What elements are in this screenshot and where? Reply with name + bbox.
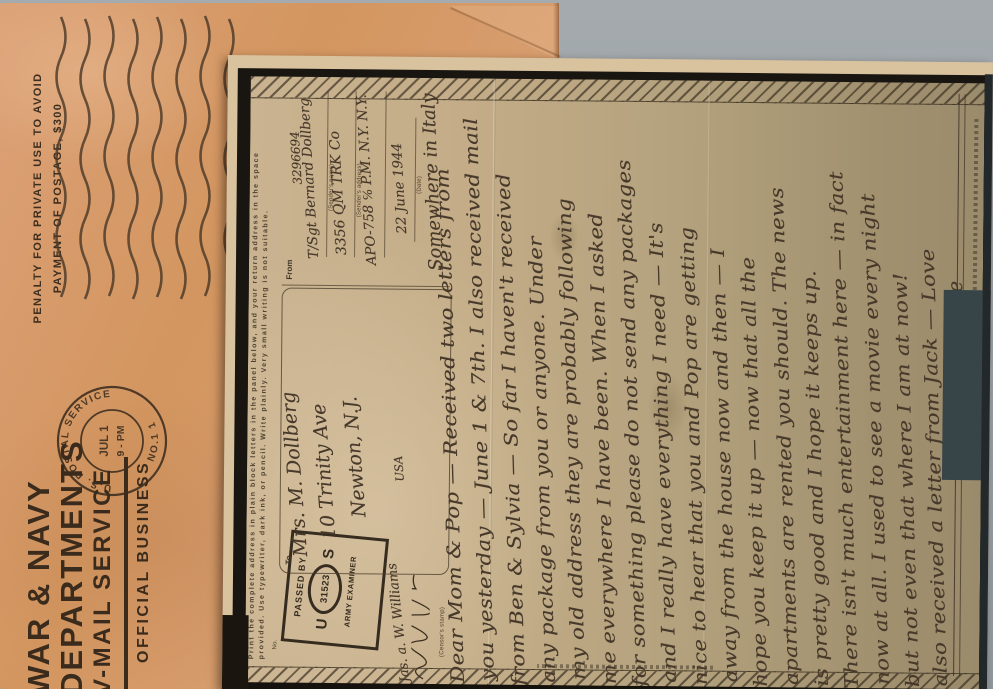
official-business-label: OFFICIAL BUSINESS bbox=[135, 375, 153, 663]
from-label: From bbox=[285, 260, 294, 280]
recipient-country: USA bbox=[391, 455, 407, 482]
dept-line-vmail-service: V-MAIL SERVICE bbox=[88, 375, 117, 689]
recipient-name: Mrs. M. Dollberg bbox=[277, 391, 312, 558]
recipient-street: 10 Trinity Ave bbox=[308, 403, 340, 540]
franking-rule bbox=[124, 457, 128, 689]
censor-signature-scribble bbox=[411, 571, 430, 681]
cancellation-wavy-lines bbox=[53, 13, 243, 348]
message-line: from Ben & Sylvia — So far I haven't rec… bbox=[493, 173, 530, 686]
photo-corner-shadow bbox=[222, 615, 249, 689]
vmail-form: Print the complete address in plain bloc… bbox=[245, 76, 985, 689]
message-line: is pretty good and I hope it keeps up. bbox=[799, 270, 833, 687]
message-line: now at all. I used to see a movie every … bbox=[858, 193, 894, 685]
no-field-label: No. bbox=[272, 639, 278, 649]
recipient-city: Newton, N.J. bbox=[339, 396, 370, 518]
censor-stamp-caption: (Censor's stamp) bbox=[439, 607, 445, 657]
letter-date: 22 June 1944 bbox=[389, 142, 410, 234]
recipient-address-panel: To Mrs. M. Dollberg 10 Trinity Ave Newto… bbox=[279, 288, 452, 576]
penalty-line-1: PENALTY FOR PRIVATE USE TO AVOID bbox=[28, 58, 48, 338]
message-line: my old address they are probably followi… bbox=[554, 198, 590, 681]
sender-name: T/Sgt Bernard Dollberg bbox=[296, 98, 322, 260]
message-line: There isn't much entertainment here — in… bbox=[826, 171, 863, 689]
sender-unit: 3356 QM TRK Co bbox=[327, 131, 350, 256]
war-navy-departments-block: WAR & NAVY DEPARTMENTS V-MAIL SERVICE OF… bbox=[22, 375, 172, 689]
message-line: and I really have everything I need — It… bbox=[646, 222, 681, 683]
message-line: away from the house now and then — I bbox=[708, 248, 742, 683]
instructions-line-2: provided. Use typewriter, dark ink, or p… bbox=[258, 94, 270, 659]
envelope-torn-edge bbox=[553, 3, 559, 61]
dept-line-war-navy: WAR & NAVY bbox=[22, 375, 55, 689]
censor-signature: Jas. a. W. Williams bbox=[385, 562, 413, 683]
message-line: any package from you or anyone. Under bbox=[525, 236, 560, 683]
censor-stamp-letter-u: U bbox=[313, 618, 331, 630]
vmail-photostat: Print the complete address in plain bloc… bbox=[222, 55, 993, 689]
message-line: for something please do not send any pac… bbox=[614, 159, 651, 687]
message-line: hope you keep it up — now that all the bbox=[738, 256, 772, 687]
message-line: but not even that where I am at now! bbox=[890, 272, 924, 687]
message-line: me everywhere I have been. When I asked bbox=[586, 212, 621, 684]
dept-line-departments: DEPARTMENTS bbox=[55, 375, 88, 689]
scanned-mail-document: PENALTY FOR PRIVATE USE TO AVOID PAYMENT… bbox=[0, 0, 993, 689]
message-line: apartments are rented you should. The ne… bbox=[767, 187, 803, 686]
form-rule bbox=[384, 92, 387, 258]
